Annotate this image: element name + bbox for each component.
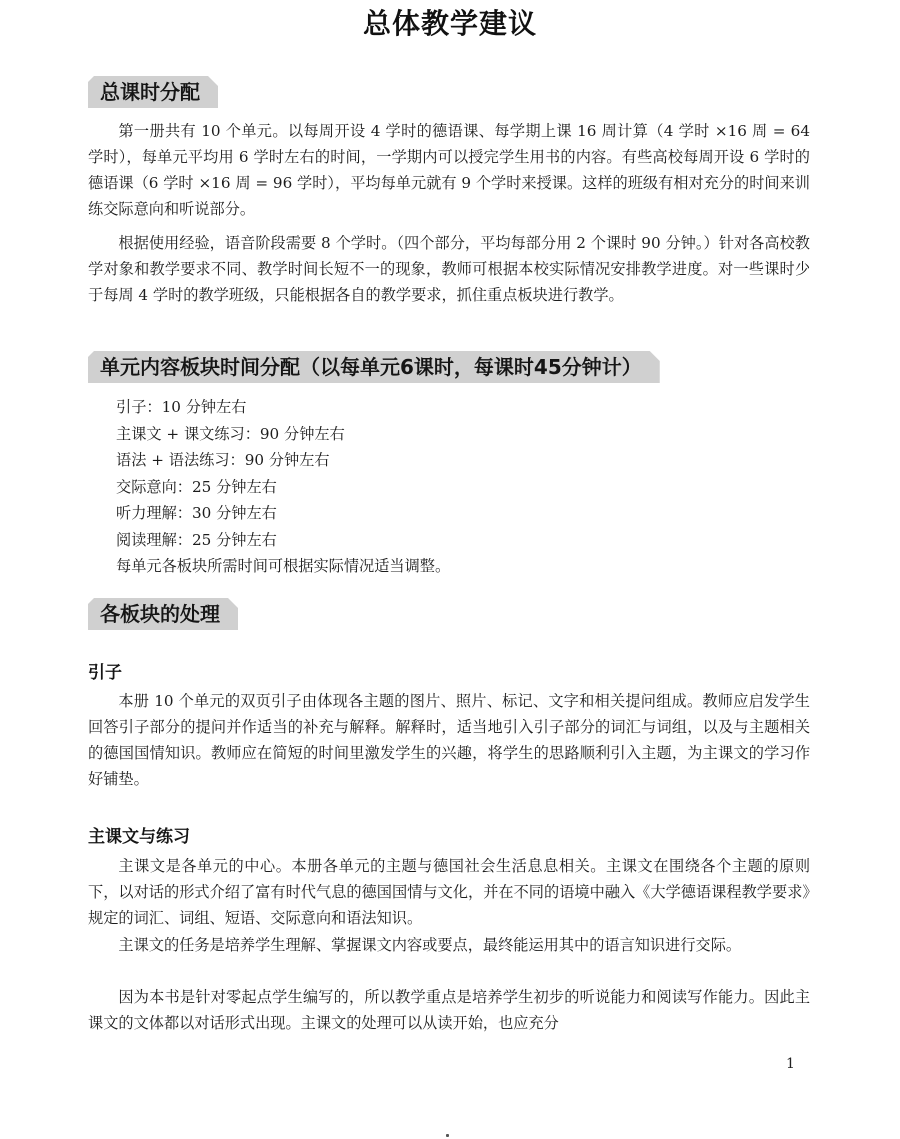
- paragraph-total-hours-2: 根据使用经验，语音阶段需要 8 个学时。（四个部分，平均每部分用 2 个课时 9…: [88, 230, 810, 308]
- page-title: 总体教学建议: [0, 2, 900, 42]
- list-item-note: 每单元各板块所需时间可根据实际情况适当调整。: [116, 553, 450, 580]
- section-heading-time-allocation: 单元内容板块时间分配（以每单元6课时，每课时45分钟计）: [88, 351, 660, 383]
- list-item-communication: 交际意向：25 分钟左右: [116, 474, 450, 501]
- paragraph-intro: 本册 10 个单元的双页引子由体现各主题的图片、照片、标记、文字和相关提问组成。…: [88, 688, 810, 792]
- subheading-intro: 引子: [88, 658, 122, 683]
- section-heading-total-hours: 总课时分配: [88, 76, 218, 108]
- section-heading-module-handling: 各板块的处理: [88, 598, 238, 630]
- bottom-mark: [446, 1134, 449, 1137]
- list-item-grammar: 语法 + 语法练习：90 分钟左右: [116, 447, 450, 474]
- paragraph-total-hours-1: 第一册共有 10 个单元。以每周开设 4 学时的德语课、每学期上课 16 周计算…: [88, 118, 810, 222]
- paragraph-main-text-3: 因为本书是针对零起点学生编写的，所以教学重点是培养学生初步的听说能力和阅读写作能…: [88, 984, 810, 1036]
- list-item-intro: 引子：10 分钟左右: [116, 394, 450, 421]
- page-number: 1: [786, 1056, 795, 1072]
- paragraph-main-text-1: 主课文是各单元的中心。本册各单元的主题与德国社会生活息息相关。主课文在围绕各个主…: [88, 853, 810, 931]
- paragraph-main-text-2: 主课文的任务是培养学生理解、掌握课文内容或要点，最终能运用其中的语言知识进行交际…: [88, 932, 810, 958]
- list-item-listening: 听力理解：30 分钟左右: [116, 500, 450, 527]
- time-allocation-list: 引子：10 分钟左右 主课文 + 课文练习：90 分钟左右 语法 + 语法练习：…: [116, 394, 450, 580]
- list-item-main-text: 主课文 + 课文练习：90 分钟左右: [116, 421, 450, 448]
- subheading-main-text: 主课文与练习: [88, 822, 190, 847]
- list-item-reading: 阅读理解：25 分钟左右: [116, 527, 450, 554]
